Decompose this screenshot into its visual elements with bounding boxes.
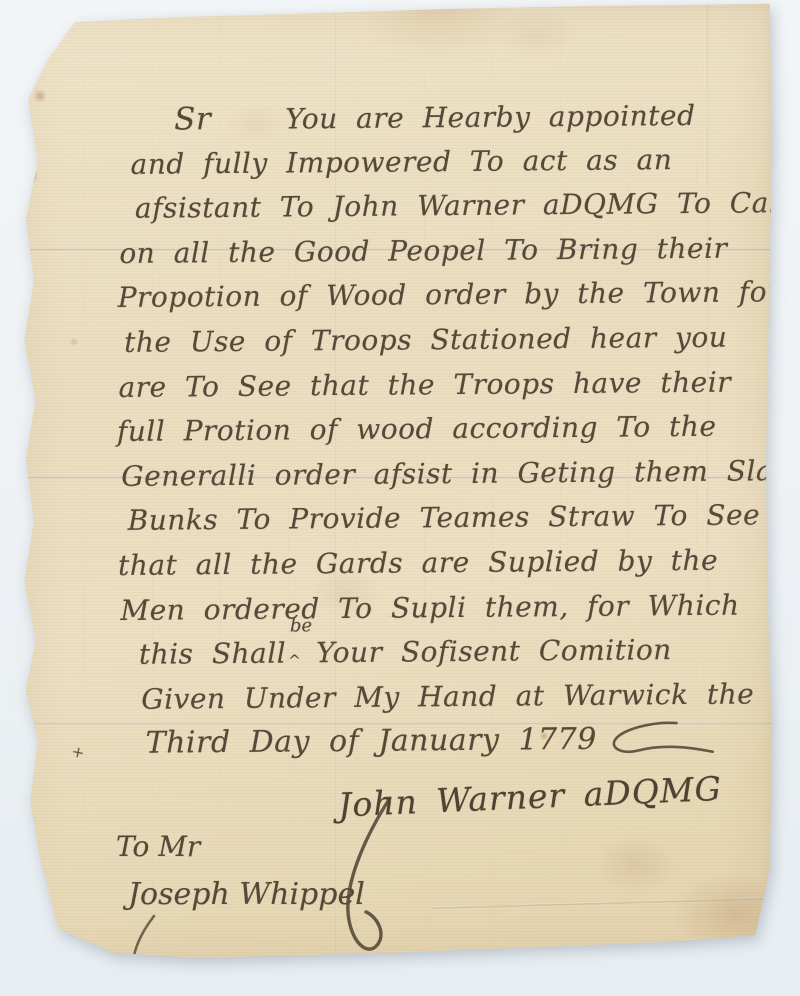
date-line-text: Third Day of January 1779 [145, 722, 597, 761]
addressee-block: To Mr Joseph Whippel [116, 830, 365, 912]
manuscript-line: and fully Impowered To act as an [130, 137, 760, 187]
manuscript-line: afsistant To John Warner aDQMG To Call [135, 182, 761, 232]
fold-crease-bottom-right [432, 897, 772, 909]
date-line: +Third Day of January 1779 [145, 717, 765, 767]
manuscript-line: that all the Gards are Suplied by the [118, 538, 764, 588]
insert-line-before: this Shall [139, 637, 287, 671]
paper-sheet: SrYou are Hearby appointed and fully Imp… [16, 4, 772, 964]
insert-caret-mark: ^ [288, 638, 301, 683]
date-flourish-icon [607, 720, 719, 761]
manuscript-line: full Protion of wood according To the [117, 404, 763, 454]
addressee-name: Joseph Whippel [128, 877, 365, 912]
margin-pen-mark: + [67, 730, 89, 776]
manuscript-line: the Use of Troops Stationed hear you [124, 315, 762, 365]
salutation: Sr [174, 101, 211, 137]
manuscript-text: SrYou are Hearby appointed and fully Imp… [112, 92, 766, 767]
manuscript-line: Men ordered To Supli them, for Which [120, 583, 764, 633]
addressee-descender-flourish-icon [120, 912, 170, 992]
addressee-prefix: To Mr [116, 830, 365, 863]
manuscript-line: SrYou are Hearby appointed [174, 92, 760, 142]
signature: John Warner aDQMG [337, 766, 778, 824]
manuscript-line: Generalli order afsist in Geting them Sl… [121, 449, 763, 499]
manuscript-line: Given Under My Hand at Warwick the [141, 672, 765, 722]
document-scan: SrYou are Hearby appointed and fully Imp… [0, 0, 800, 996]
manuscript-line-with-insert: this Shallbe^Your Sofisent Comition [139, 627, 765, 677]
manuscript-line-text: You are Hearby appointed [285, 99, 696, 136]
inserted-word-wrap: be^ [286, 634, 316, 662]
manuscript-line: Bunks To Provide Teames Straw To See the [128, 494, 764, 544]
manuscript-line: on all the Good Peopel To Bring their [119, 226, 761, 276]
manuscript-line: Propotion of Wood order by the Town for [118, 271, 762, 321]
insert-line-after: Your Sofisent Comition [316, 633, 672, 669]
paper-shadow-wrap: SrYou are Hearby appointed and fully Imp… [0, 0, 800, 996]
manuscript-line: are To See that the Troops have their [118, 360, 762, 410]
